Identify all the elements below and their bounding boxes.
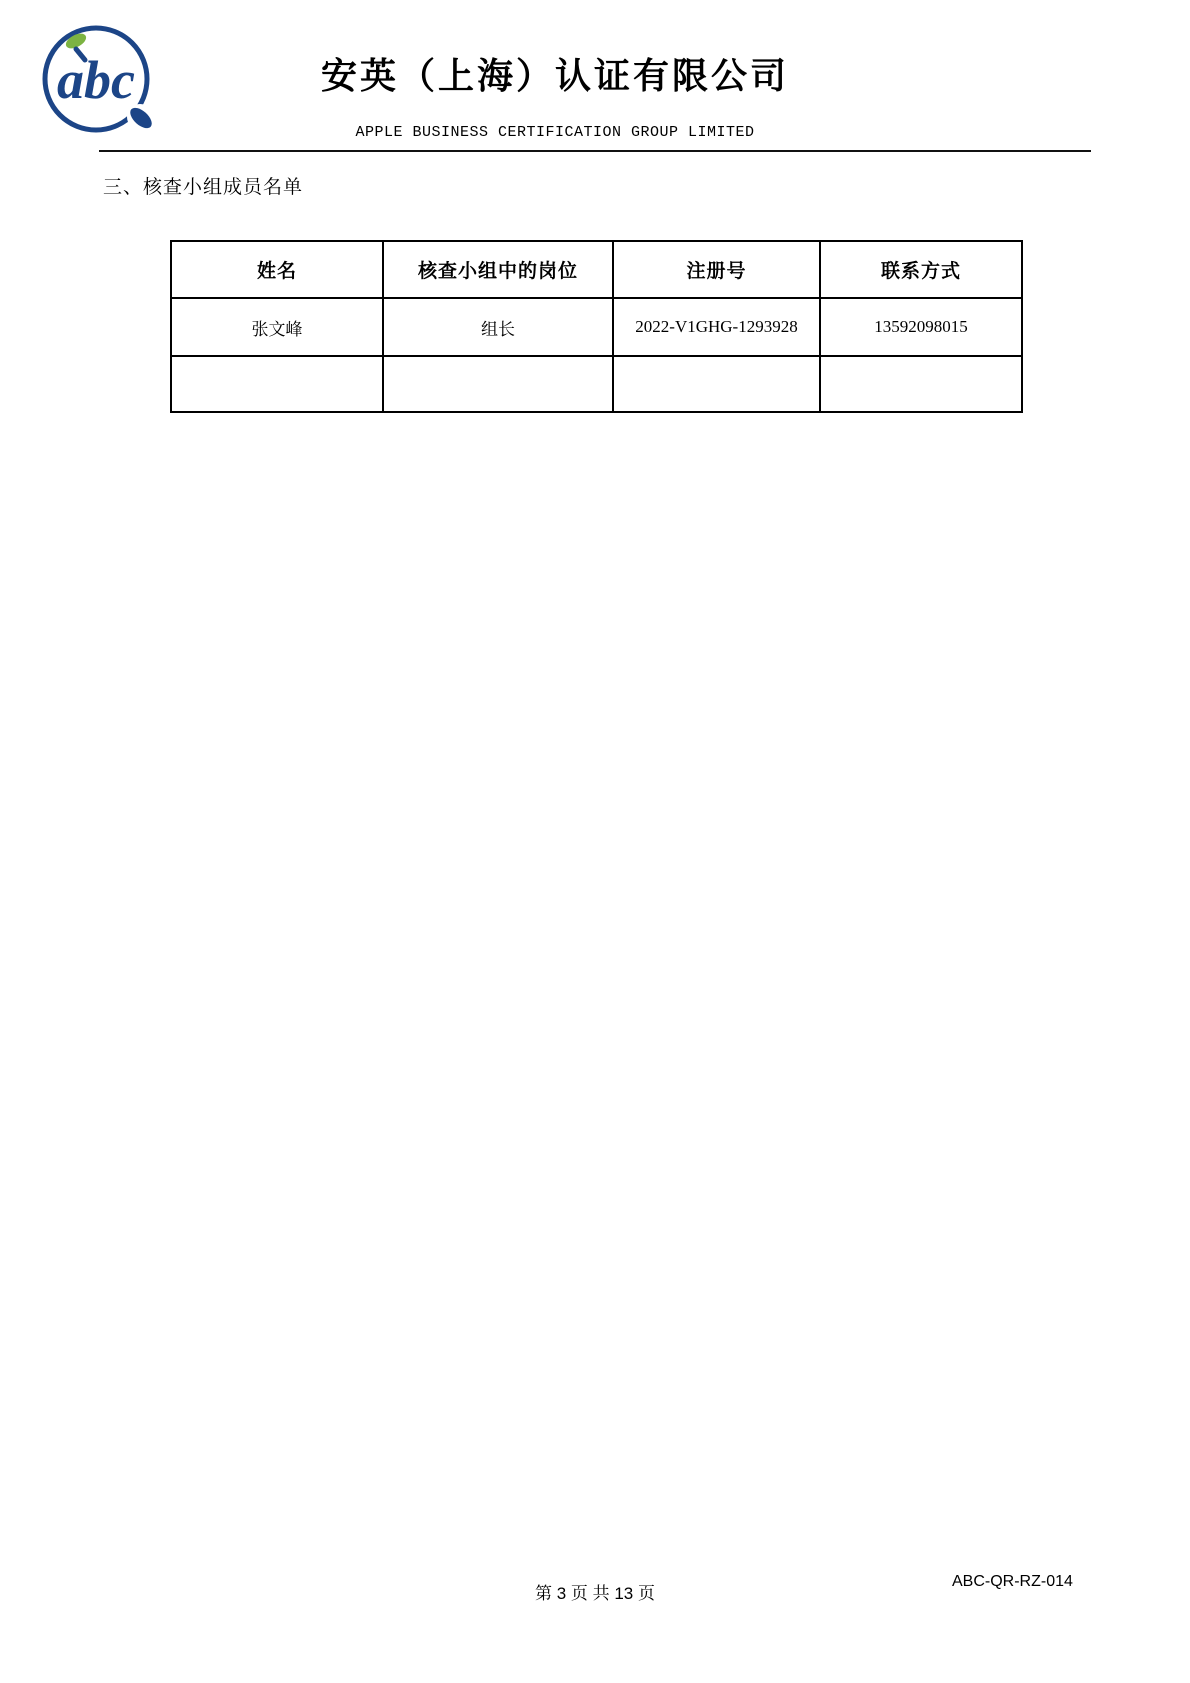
header-cell-contact: 联系方式 [820, 241, 1022, 298]
cell-registration [613, 356, 820, 412]
header-divider [99, 150, 1091, 152]
header-cell-name: 姓名 [171, 241, 383, 298]
cell-contact: 13592098015 [820, 298, 1022, 356]
table-row-empty [171, 356, 1022, 412]
document-header: 安英（上海）认证有限公司 APPLE BUSINESS CERTIFICATIO… [0, 56, 1110, 141]
cell-contact [820, 356, 1022, 412]
company-name-zh: 安英（上海）认证有限公司 [0, 56, 1110, 97]
company-name-en: APPLE BUSINESS CERTIFICATION GROUP LIMIT… [0, 124, 1110, 141]
table-header-row: 姓名 核查小组中的岗位 注册号 联系方式 [171, 241, 1022, 298]
table-row: 张文峰 组长 2022-V1GHG-1293928 13592098015 [171, 298, 1022, 356]
cell-role [383, 356, 613, 412]
header-cell-role: 核查小组中的岗位 [383, 241, 613, 298]
cell-registration: 2022-V1GHG-1293928 [613, 298, 820, 356]
cell-role: 组长 [383, 298, 613, 356]
header-cell-registration: 注册号 [613, 241, 820, 298]
members-table: 姓名 核查小组中的岗位 注册号 联系方式 张文峰 组长 2022-V1GHG-1… [170, 240, 1023, 413]
document-page: abc 安英（上海）认证有限公司 APPLE BUSINESS CERTIFIC… [0, 0, 1190, 1683]
section-heading: 三、核查小组成员名单 [103, 172, 303, 199]
footer-doc-code: ABC-QR-RZ-014 [952, 1573, 1073, 1591]
cell-name [171, 356, 383, 412]
cell-name: 张文峰 [171, 298, 383, 356]
